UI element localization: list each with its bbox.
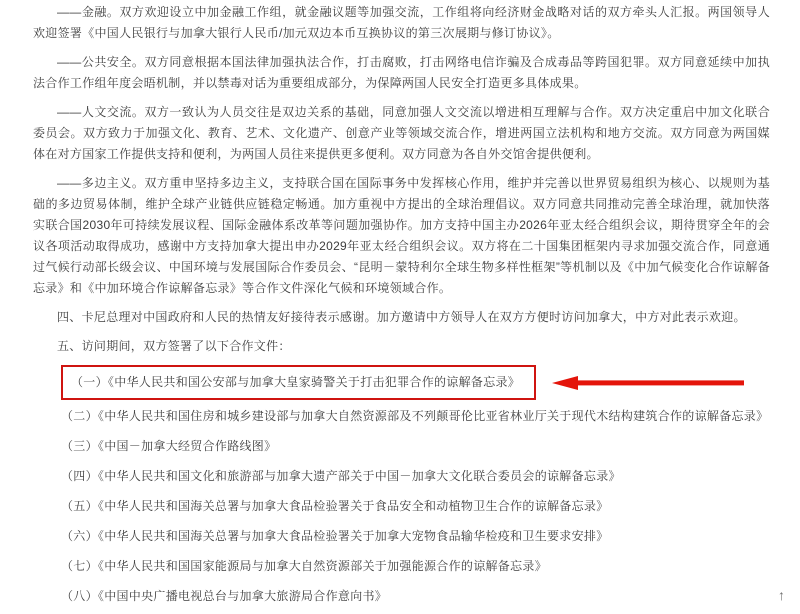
signed-doc-item-4: （四）《中华人民共和国文化和旅游部与加拿大遗产部关于中国－加拿大文化联合委员会的… xyxy=(33,466,770,487)
signed-doc-item-1: （一）《中华人民共和国公安部与加拿大皇家骑警关于打击犯罪合作的谅解备忘录》 xyxy=(33,365,770,400)
paragraph-point-four: 四、卡尼总理对中国政府和人民的热情友好接待表示感谢。加方邀请中方领导人在双方方便… xyxy=(33,307,770,328)
document-body: ——金融。双方欢迎设立中加金融工作组，就金融议题等加强交流，工作组将向经济财金战… xyxy=(0,0,800,607)
signed-doc-item-2: （二）《中华人民共和国住房和城乡建设部与加拿大自然资源部及不列颠哥伦比亚省林业厅… xyxy=(33,406,770,427)
signed-doc-item-5: （五）《中华人民共和国海关总署与加拿大食品检验署关于食品安全和动植物卫生合作的谅… xyxy=(33,496,770,517)
signed-documents-list: （一）《中华人民共和国公安部与加拿大皇家骑警关于打击犯罪合作的谅解备忘录》 （二… xyxy=(33,365,770,607)
red-arrow-icon xyxy=(552,375,744,391)
paragraph-multilateralism: ——多边主义。双方重申坚持多边主义，支持联合国在国际事务中发挥核心作用，维护并完… xyxy=(33,173,770,299)
signed-doc-item-6: （六）《中华人民共和国海关总署与加拿大食品检验署关于加拿大宠物食品输华检疫和卫生… xyxy=(33,526,770,547)
signed-doc-item-1-text: （一）《中华人民共和国公安部与加拿大皇家骑警关于打击犯罪合作的谅解备忘录》 xyxy=(71,375,520,389)
up-arrow-indicator: ↑ xyxy=(778,588,785,602)
signed-doc-item-3: （三）《中国－加拿大经贸合作路线图》 xyxy=(33,436,770,457)
red-highlight-box: （一）《中华人民共和国公安部与加拿大皇家骑警关于打击犯罪合作的谅解备忘录》 xyxy=(61,365,536,400)
signed-doc-item-8: （八）《中国中央广播电视总台与加拿大旅游局合作意向书》 xyxy=(33,586,770,607)
paragraph-finance: ——金融。双方欢迎设立中加金融工作组，就金融议题等加强交流，工作组将向经济财金战… xyxy=(33,2,770,44)
signed-doc-item-7: （七）《中华人民共和国国家能源局与加拿大自然资源部关于加强能源合作的谅解备忘录》 xyxy=(33,556,770,577)
paragraph-public-security: ——公共安全。双方同意根据本国法律加强执法合作，打击腐败，打击网络电信诈骗及合成… xyxy=(33,52,770,94)
paragraph-people-exchange: ——人文交流。双方一致认为人员交往是双边关系的基础，同意加强人文交流以增进相互理… xyxy=(33,102,770,165)
paragraph-point-five-intro: 五、访问期间，双方签署了以下合作文件： xyxy=(33,336,770,357)
